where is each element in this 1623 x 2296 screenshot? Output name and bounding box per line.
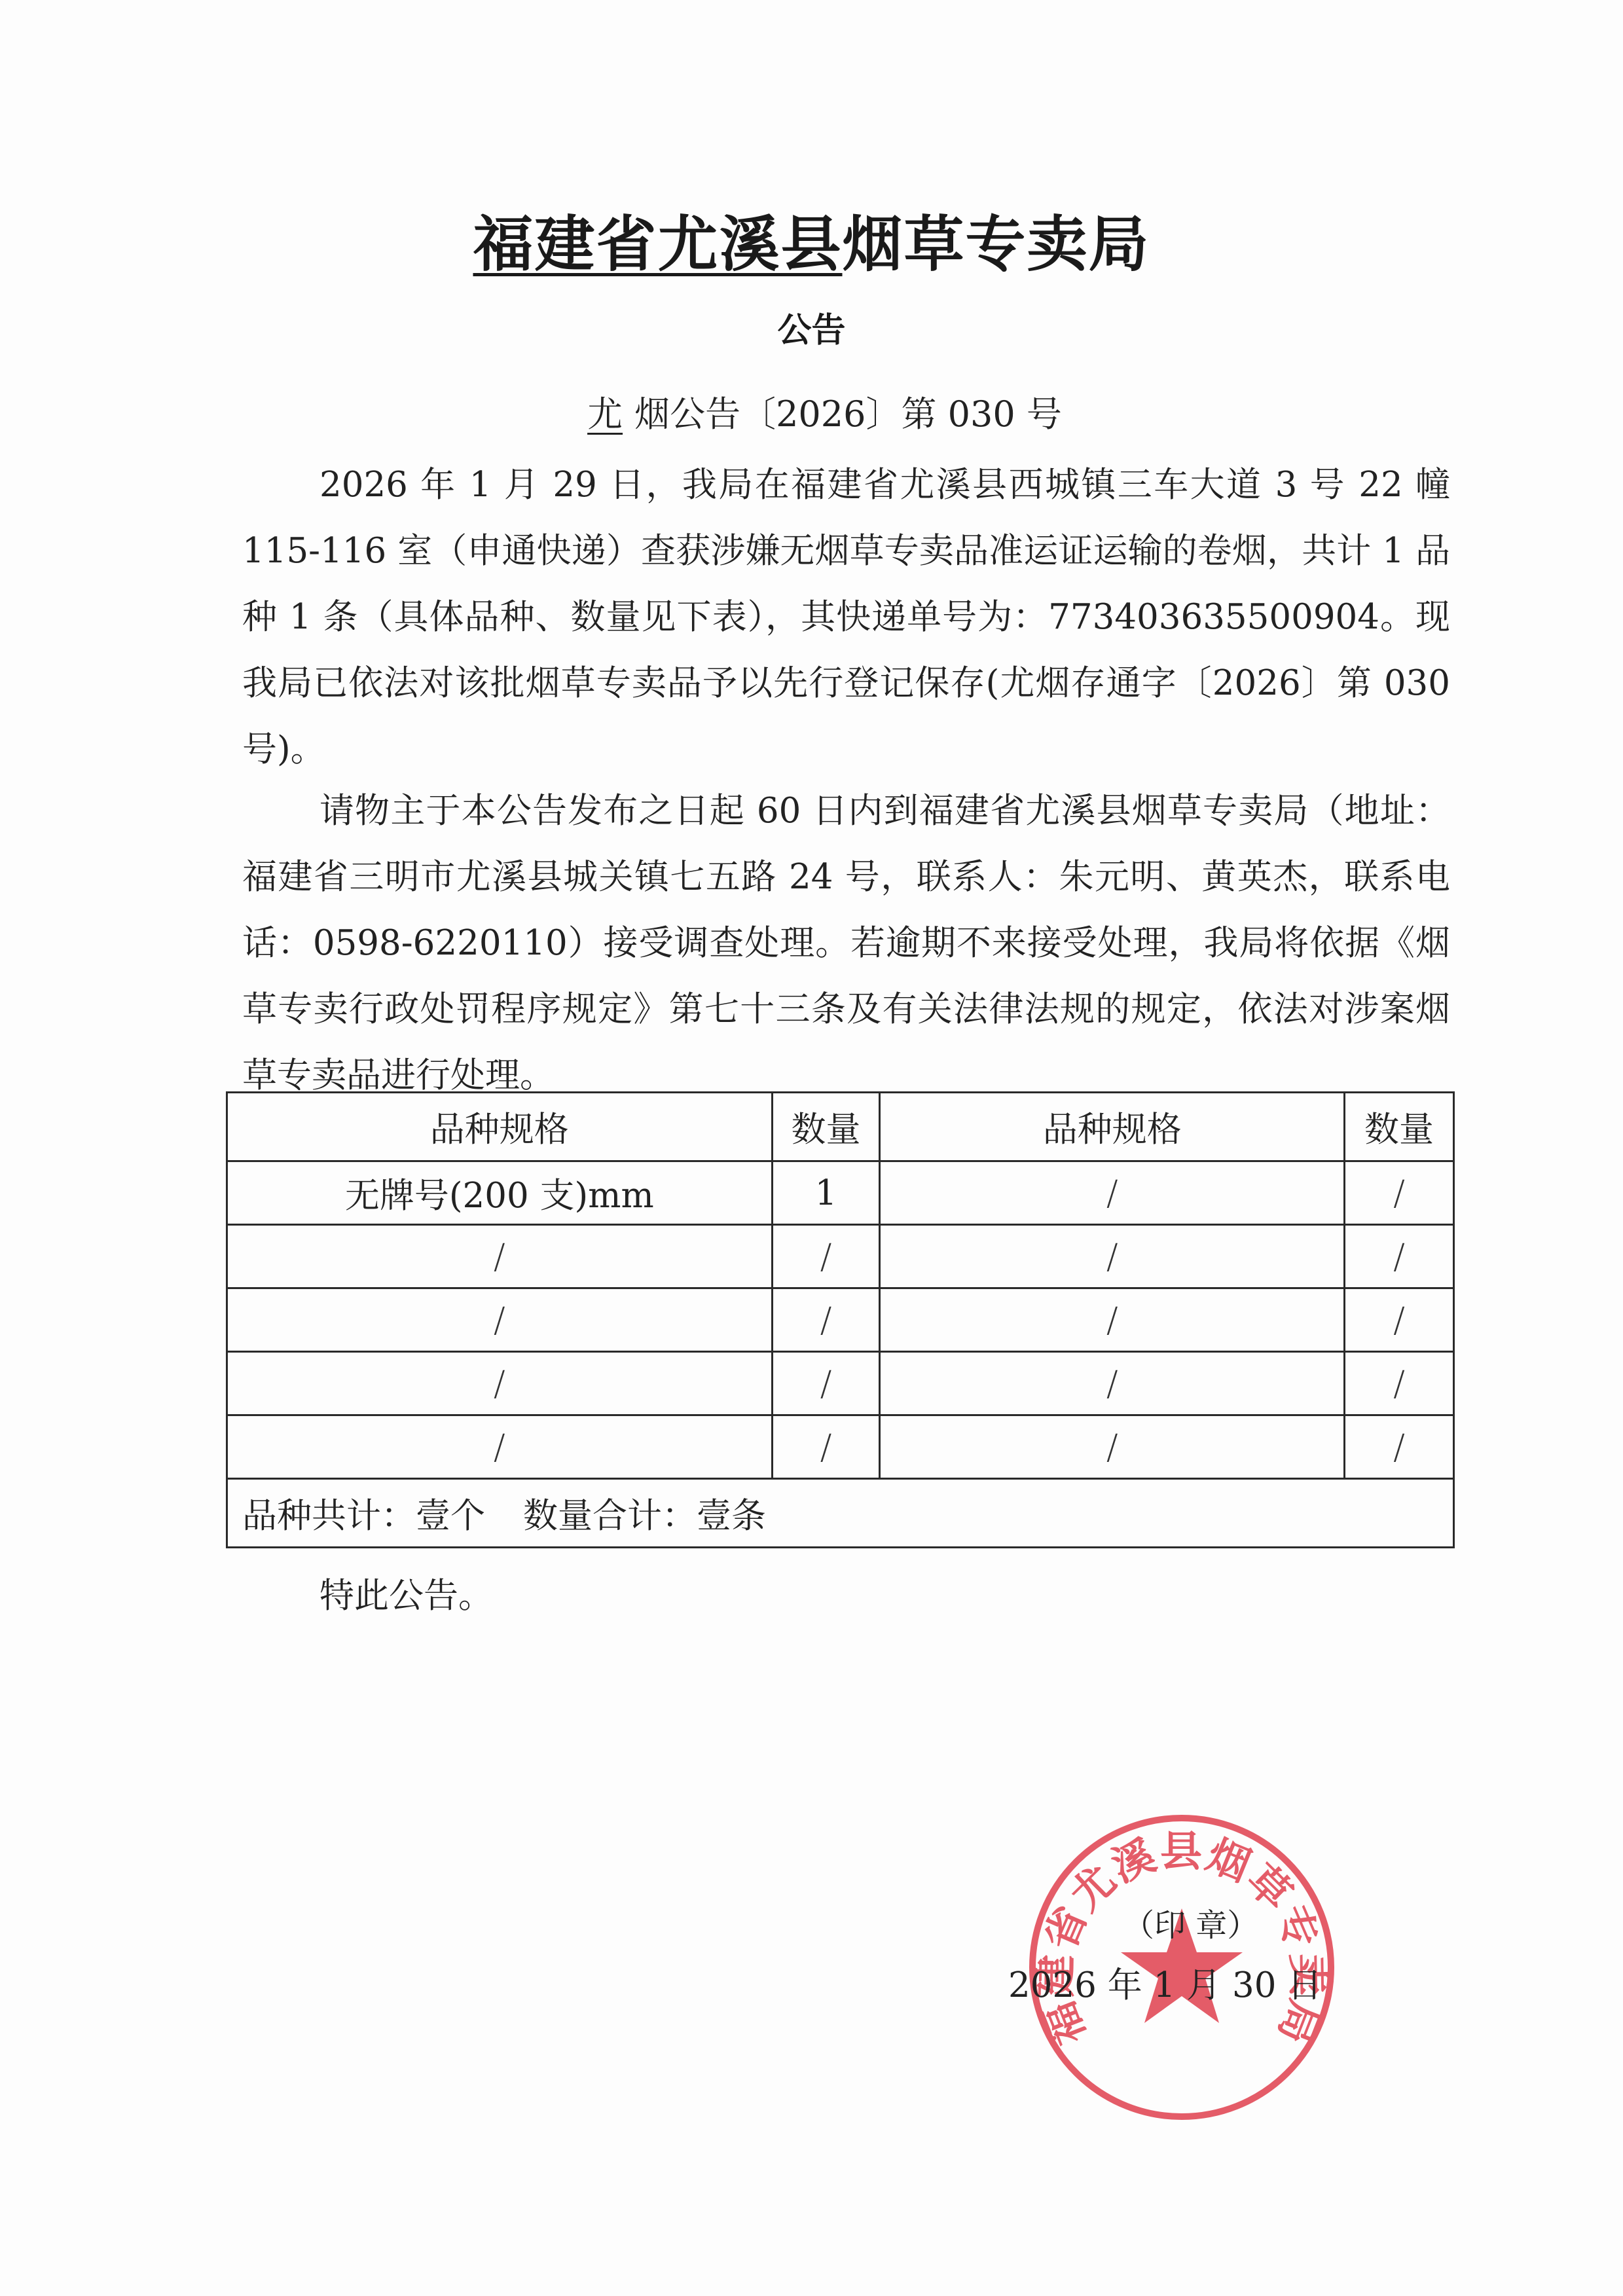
cell-qty-2: / [1345,1161,1454,1225]
cell-qty: / [772,1415,880,1479]
cell-spec: / [227,1352,773,1415]
paragraph-owner-instructions: 请物主于本公告发布之日起 60 日内到福建省尤溪县烟草专卖局（地址：福建省三明市… [242,778,1450,1108]
cell-spec: / [227,1415,773,1479]
document-type: 公告 [0,302,1623,352]
cell-qty-2: / [1345,1352,1454,1415]
table-row: 无牌号(200 支)mm 1 / / [227,1161,1454,1225]
cell-qty: / [772,1352,880,1415]
title-underlined-part: 福建省尤溪县 [473,210,842,280]
table-row: / / / / [227,1352,1454,1415]
cell-spec-2: / [880,1352,1345,1415]
document-page: 福建省尤溪县烟草专卖局 公告 尤烟公告〔2026〕第 030 号 2026 年 … [0,0,1623,2296]
cell-spec-2: / [880,1225,1345,1288]
variety-total-label: 品种共计： [242,1496,416,1536]
cell-qty: 1 [772,1161,880,1225]
cell-spec-2: / [880,1288,1345,1352]
variety-total-value: 壹个 [416,1496,485,1536]
cell-qty: / [772,1225,880,1288]
cell-qty: / [772,1288,880,1352]
document-number: 尤烟公告〔2026〕第 030 号 [0,386,1623,437]
title-rest-part: 烟草专卖局 [843,210,1150,280]
cell-qty-2: / [1345,1415,1454,1479]
docnum-prefix: 尤 [561,393,634,435]
header-spec: 品种规格 [227,1093,773,1161]
table-summary-row: 品种共计：壹个数量合计：壹条 [227,1479,1454,1548]
cell-qty-2: / [1345,1225,1454,1288]
table-row: / / / / [227,1288,1454,1352]
table-header-row: 品种规格 数量 品种规格 数量 [227,1093,1454,1161]
signature-date: 2026 年 1 月 30 日 [1008,1958,1322,2007]
cell-spec: / [227,1288,773,1352]
quantity-total-value: 壹条 [697,1496,766,1536]
cell-spec-2: / [880,1161,1345,1225]
cell-spec: / [227,1225,773,1288]
docnum-rest: 烟公告〔2026〕第 030 号 [634,393,1062,435]
quantity-total-label: 数量合计： [523,1496,697,1536]
closing-statement: 特此公告。 [319,1568,493,1618]
cell-qty-2: / [1345,1288,1454,1352]
paragraph-seizure-details: 2026 年 1 月 29 日，我局在福建省尤溪县西城镇三车大道 3 号 22 … [242,452,1450,782]
header-spec-2: 品种规格 [880,1093,1345,1161]
summary-cell: 品种共计：壹个数量合计：壹条 [227,1479,1454,1548]
table-row: / / / / [227,1415,1454,1479]
header-qty-2: 数量 [1345,1093,1454,1161]
cell-spec-2: / [880,1415,1345,1479]
header-qty: 数量 [772,1093,880,1161]
issuer-title: 福建省尤溪县烟草专卖局 [0,196,1623,283]
table-row: / / / / [227,1225,1454,1288]
cell-spec: 无牌号(200 支)mm [227,1161,773,1225]
seal-label: （印 章） [1123,1900,1258,1945]
seized-items-table: 品种规格 数量 品种规格 数量 无牌号(200 支)mm 1 / / / / /… [226,1091,1455,1548]
